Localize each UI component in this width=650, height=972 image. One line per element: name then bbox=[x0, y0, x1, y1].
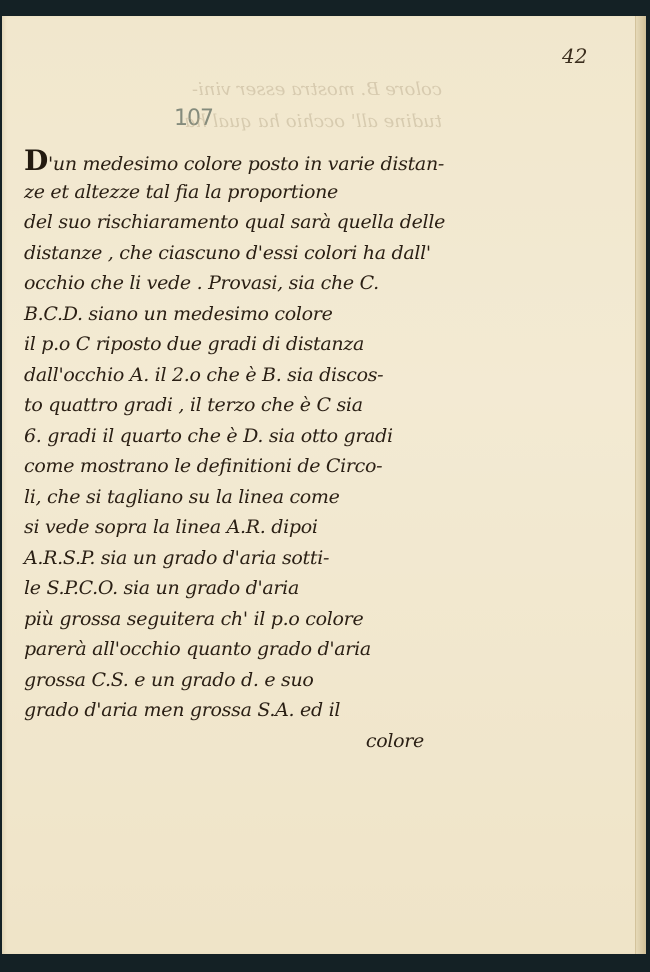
page-edge bbox=[635, 16, 646, 954]
text-line: occhio che li vede . Provasi, sia che C. bbox=[24, 268, 444, 299]
bleed-line: colore B. mostra esser vini- bbox=[42, 74, 442, 106]
text-line: il p.o C riposto due gradi di distanza bbox=[24, 329, 444, 360]
folio-number: 42 bbox=[562, 44, 587, 68]
bleed-line: tudine all' occhio ha qual ha bbox=[42, 106, 442, 138]
text-line-catchword: colore bbox=[24, 726, 444, 757]
text-line: li, che si tagliano su la linea come bbox=[24, 482, 444, 513]
text-line: D'un medesimo colore posto in varie dist… bbox=[24, 146, 444, 177]
text-line: grado d'aria men grossa S.A. ed il bbox=[24, 695, 444, 726]
manuscript-text: D'un medesimo colore posto in varie dist… bbox=[24, 146, 444, 756]
text-line: le S.P.C.O. sia un grado d'aria bbox=[24, 573, 444, 604]
text-line: 6. gradi il quarto che è D. sia otto gra… bbox=[24, 421, 444, 452]
text-line: dall'occhio A. il 2.o che è B. sia disco… bbox=[24, 360, 444, 391]
text-line: parerà all'occhio quanto grado d'aria bbox=[24, 634, 444, 665]
initial-letter: D bbox=[24, 144, 48, 177]
text-line: B.C.D. siano un medesimo colore bbox=[24, 299, 444, 330]
manuscript-page: 42 107 colore B. mostra esser vini- tudi… bbox=[2, 16, 646, 954]
text-line: distanze , che ciascuno d'essi colori ha… bbox=[24, 238, 444, 269]
text-line: A.R.S.P. sia un grado d'aria sotti- bbox=[24, 543, 444, 574]
text-line-content: 'un medesimo colore posto in varie dista… bbox=[48, 153, 444, 175]
text-line: to quattro gradi , il terzo che è C sia bbox=[24, 390, 444, 421]
bleed-through-text: colore B. mostra esser vini- tudine all'… bbox=[42, 74, 442, 138]
text-line: si vede sopra la linea A.R. dipoi bbox=[24, 512, 444, 543]
text-line: del suo rischiaramento qual sarà quella … bbox=[24, 207, 444, 238]
text-line: grossa C.S. e un grado d. e suo bbox=[24, 665, 444, 696]
text-line: più grossa seguitera ch' il p.o colore bbox=[24, 604, 444, 635]
text-line: ze et altezze tal fia la proportione bbox=[24, 177, 444, 208]
text-line: come mostrano le definitioni de Circo- bbox=[24, 451, 444, 482]
